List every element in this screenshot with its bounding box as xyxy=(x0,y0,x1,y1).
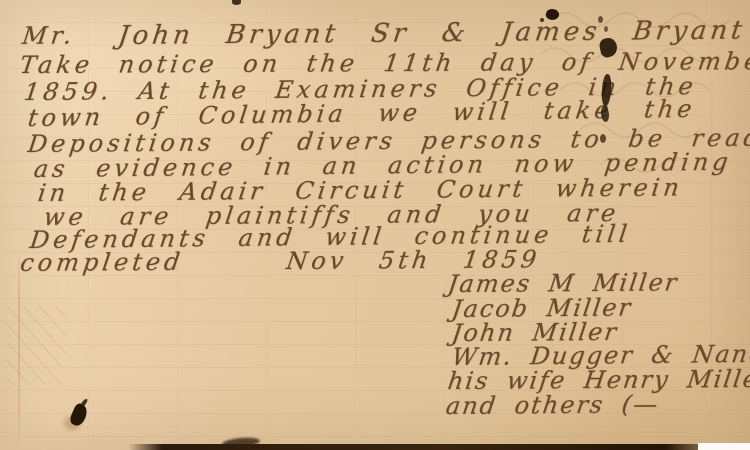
addressee-names: John Bryant Sr & James Bryant xyxy=(117,17,748,49)
signature-6: and others (— xyxy=(444,392,660,418)
ink-blot-top-edge xyxy=(232,0,241,5)
closing-word: completed xyxy=(19,250,185,275)
scan-corner-white xyxy=(698,443,750,450)
ink-blot-tail xyxy=(79,398,88,408)
document-scan: Mr. John Bryant Sr & James Bryant Take n… xyxy=(0,0,750,450)
bottom-smudge xyxy=(222,436,261,448)
ink-blot-shadow xyxy=(64,416,80,430)
ink-blot-bottom-left xyxy=(68,402,90,428)
signature-1: James M Miller xyxy=(446,270,680,296)
scan-edge-bottom xyxy=(128,444,700,450)
signature-5: his wife Henry Miller xyxy=(446,367,750,393)
scratch-marks xyxy=(6,305,66,385)
addressee-prefix: Mr. xyxy=(21,23,77,47)
